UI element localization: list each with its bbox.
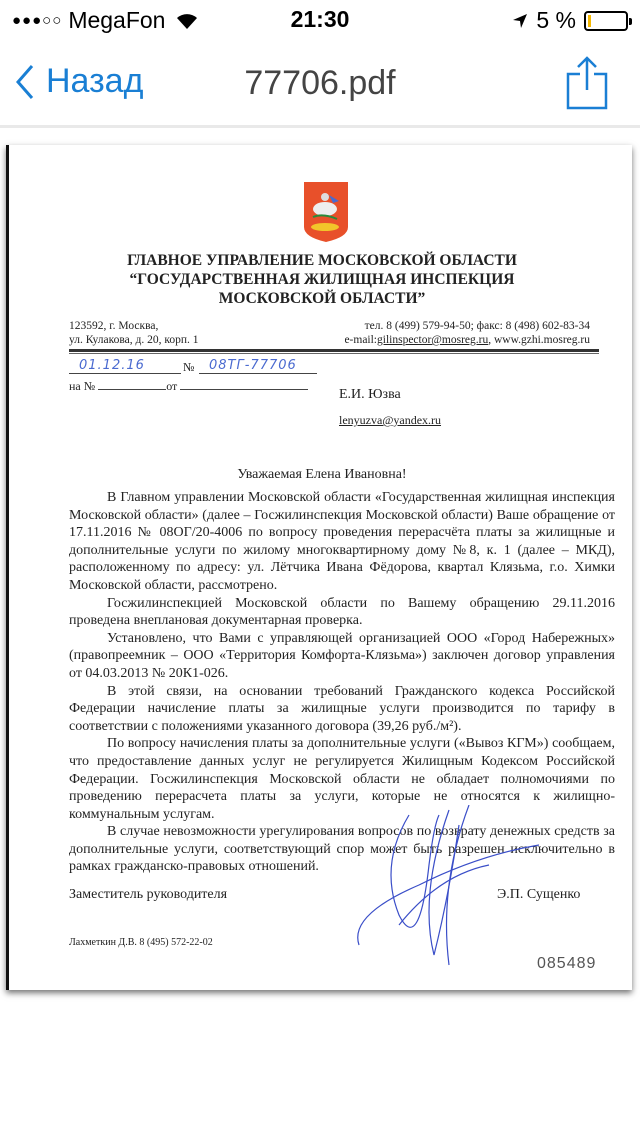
battery-icon xyxy=(584,11,628,31)
status-bar: ●●●○○ MegaFon 21:30 5 % xyxy=(0,0,640,40)
header-divider-thin xyxy=(69,353,599,354)
greeting: Уважаемая Елена Ивановна! xyxy=(9,467,635,483)
pdf-page: ГЛАВНОЕ УПРАВЛЕНИЕ МОСКОВСКОЙ ОБЛАСТИ “Г… xyxy=(6,145,632,990)
reference-line: на № от xyxy=(69,379,308,394)
battery-percent: 5 % xyxy=(536,7,576,34)
paragraph: Госжилинспекцией Московской области по В… xyxy=(69,595,615,630)
recipient-email[interactable]: lenyuzva@yandex.ru xyxy=(339,413,441,428)
document-title: 77706.pdf xyxy=(0,64,640,103)
header-divider xyxy=(69,349,599,352)
organization-header: ГЛАВНОЕ УПРАВЛЕНИЕ МОСКОВСКОЙ ОБЛАСТИ “Г… xyxy=(9,251,635,308)
document-serial-number: 085489 xyxy=(537,955,596,973)
org-email-link[interactable]: gilinspector@mosreg.ru xyxy=(377,334,488,346)
paragraph: Установлено, что Вами с управляющей орга… xyxy=(69,630,615,683)
coat-of-arms-icon xyxy=(303,181,349,243)
executor-contact: Лахметкин Д.В. 8 (495) 572-22-02 xyxy=(69,937,213,948)
registration-number: 08ТГ-77706 xyxy=(199,358,297,373)
paragraph: В Главном управлении Московской области … xyxy=(69,489,615,595)
location-arrow-icon xyxy=(512,13,528,29)
navigation-bar: Назад 77706.pdf xyxy=(0,40,640,128)
paragraph: В этой связи, на основании требований Гр… xyxy=(69,683,615,736)
signer-position: Заместитель руководителя xyxy=(69,887,227,903)
signer-name: Э.П. Сущенко xyxy=(497,887,580,903)
recipient-name: Е.И. Юзва xyxy=(339,387,401,403)
pdf-viewer[interactable]: ГЛАВНОЕ УПРАВЛЕНИЕ МОСКОВСКОЙ ОБЛАСТИ “Г… xyxy=(0,131,640,1136)
share-icon[interactable] xyxy=(566,56,608,110)
registration-line: 01.12.16 № 08ТГ-77706 xyxy=(69,358,329,376)
organization-contacts: тел. 8 (499) 579-94-50; факс: 8 (498) 60… xyxy=(344,319,590,347)
organization-address: 123592, г. Москва, ул. Кулакова, д. 20, … xyxy=(69,319,199,347)
registration-date: 01.12.16 xyxy=(69,358,145,373)
